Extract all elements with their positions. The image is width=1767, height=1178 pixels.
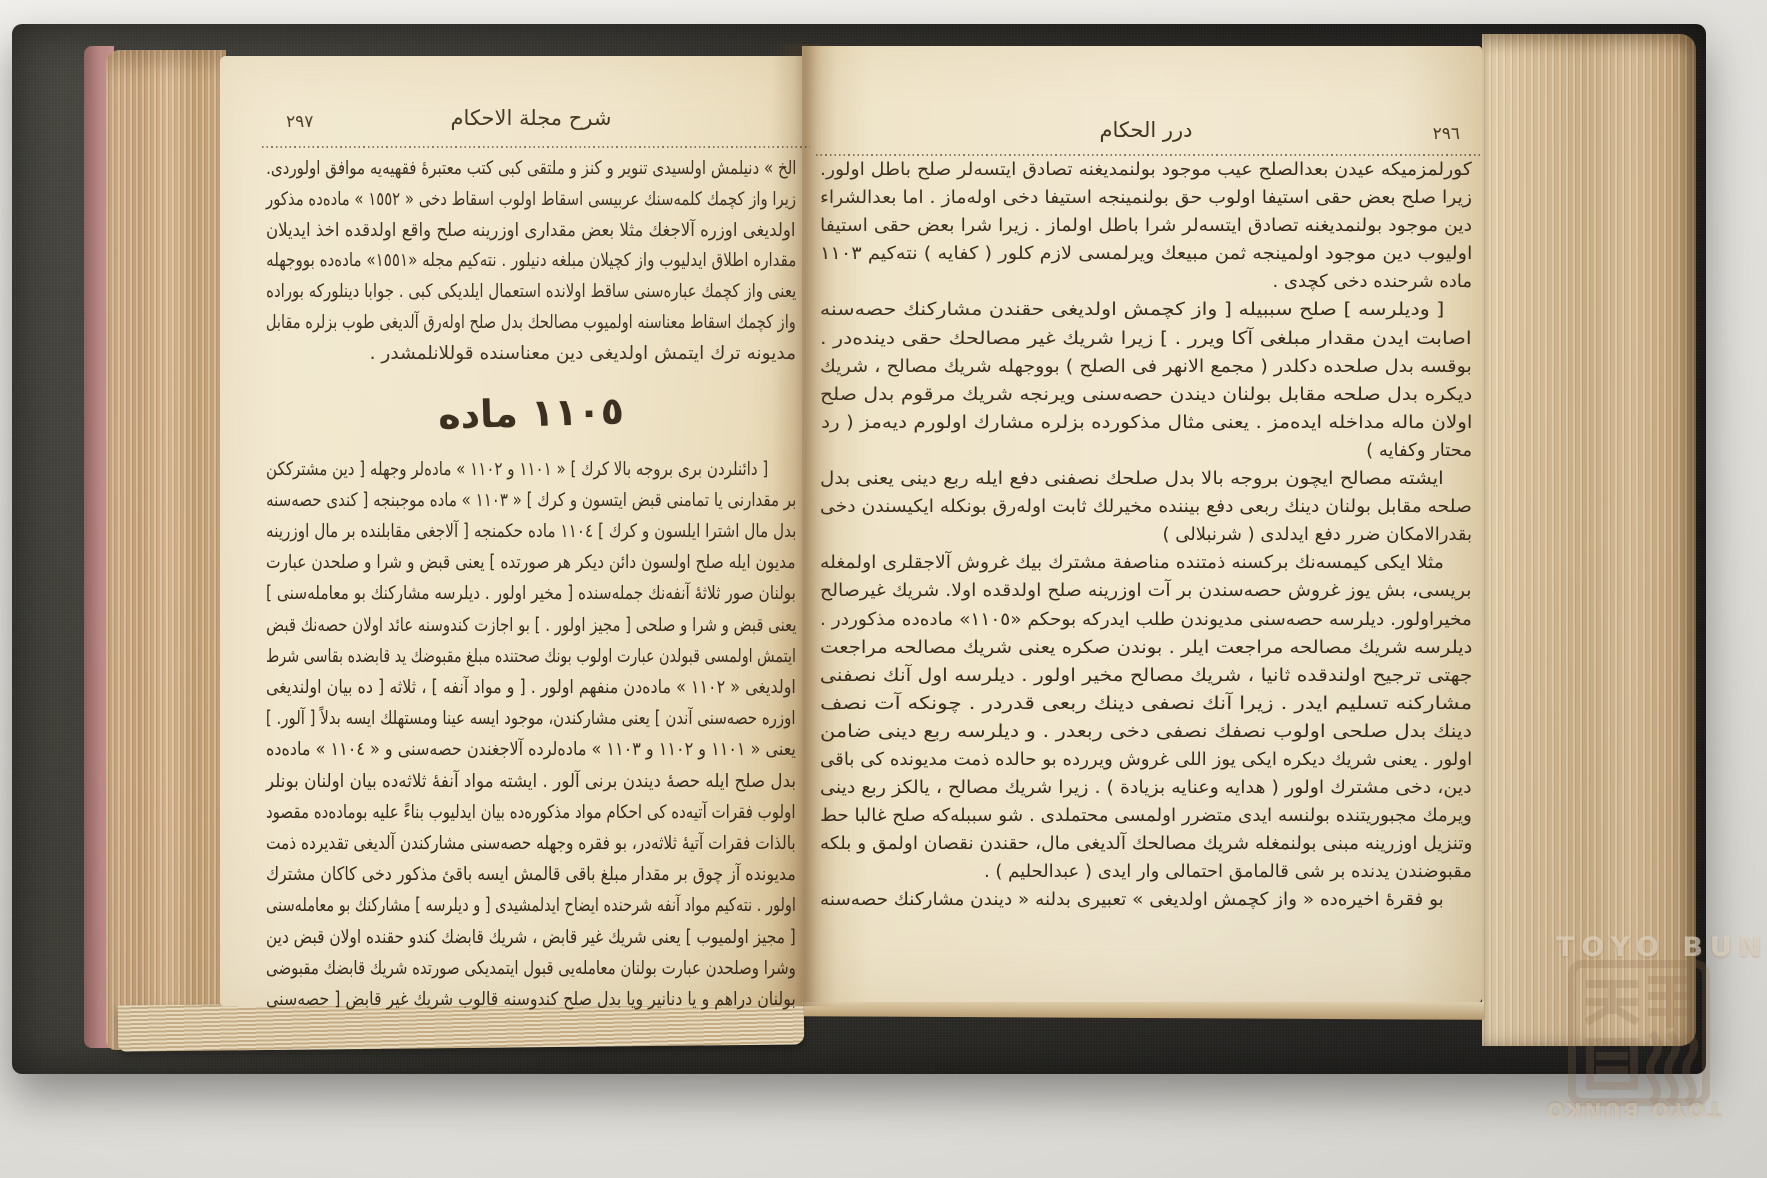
left-body-text: [ دائنلردن برى بروجه بالا كرك ] « ١١٠١ و…	[266, 454, 796, 1016]
text-line: جهتى ترجيح اولندقده ثانيا ، شريك مصالح م…	[820, 662, 1472, 690]
text-line: بريسى، بش يوز غروش حصه‌سندن بر آت اوزرين…	[820, 577, 1472, 605]
right-running-title: درر الحكام	[820, 118, 1472, 142]
text-line: اولان ماله مداخله ايده‌مز . يعنى مثال مذ…	[820, 409, 1472, 437]
text-line: بوقسه بدل صلحده دكلدر ( مجمع الانهر فى ا…	[820, 353, 1472, 381]
toyo-bunko-seal-icon	[1566, 958, 1712, 1108]
text-line: بدل صلح ايله حصهٔ ديندن برنى آلور . ايشت…	[266, 766, 796, 797]
text-line: ايتمش اولمسى قبولدن عبارت اولوب بونك صحت…	[266, 641, 796, 672]
left-page-number: ٢٩٧	[286, 112, 313, 132]
right-page-edge-stack	[1482, 34, 1696, 1046]
left-intro-text: الخ » دنيلمش اولسيدى تنوير و كنز و ملتقى…	[266, 154, 796, 370]
text-line: بولنان دراهم و يا دنانير ويا بدل صلح كند…	[266, 984, 796, 1015]
right-body-text: كورلمزميكه عيدن بعدالصلح عيب موجود بولنم…	[820, 156, 1472, 915]
text-line: الخ » دنيلمش اولسيدى تنوير و كنز و ملتقى…	[266, 154, 796, 185]
text-line: [ دائنلردن برى بروجه بالا كرك ] « ١١٠١ و…	[266, 454, 796, 485]
text-line: بر مقدارنى يا تمامنى قبض ايتسون و كرك ] …	[266, 485, 796, 516]
text-line: اوليوب دين موجود اولمينجه ثمن مبيعك ويرل…	[820, 240, 1472, 268]
text-line: ويرمك مجبوريتنده بولنسه ايدى متضرر اولمس…	[820, 802, 1472, 830]
left-page-header: شرح مجلة الاحكام ٢٩٧	[266, 106, 796, 136]
right-page-text-column: كورلمزميكه عيدن بعدالصلح عيب موجود بولنم…	[820, 156, 1472, 915]
text-line: واز كچمك اسقاط معناسنه اولميوب مصالحك بد…	[266, 308, 796, 339]
text-line: ماده شرحنده دخى كچدى .	[820, 268, 1472, 296]
text-line: اوزره حصه‌سنى آندن ] يعنى مشاركندن، موجو…	[266, 703, 796, 734]
text-line: وشرا وصلحدن عبارت بولنان معامله‌يى قبول …	[266, 953, 796, 984]
toyo-bunko-watermark-text-inverted: TOYO BUNKO	[1544, 1098, 1722, 1122]
text-line: مثلا ايكى كيمسه‌نك بركسنه ذمتنده مناصفة …	[820, 549, 1472, 577]
text-line: اصابت ايدن مقدار مبلغى آكا ويرر . ] زيرا…	[820, 325, 1472, 353]
text-line: مديونه ترك ايتمش اولديغى دين معناسنده قو…	[266, 339, 796, 370]
text-line: اولور . يعنى شريك ديكره ايكى يوز اللى غر…	[820, 746, 1472, 774]
open-book-photo: درر الحكام ٢٩٦ كورلمزميكه عيدن بعدالصلح …	[0, 0, 1767, 1178]
text-line: بو فقرهٔ اخيره‌ده « واز كچمش اولديغى » ت…	[820, 886, 1472, 914]
text-line: دين، دخى مشترك اولور ( هدايه وعنايه بزيا…	[820, 774, 1472, 802]
text-line: يعنى « ١١٠١ و ١١٠٢ و ١١٠٣ » ماده‌لرده آل…	[266, 734, 796, 765]
text-line: بالذات فقرات آتيهٔ ثلاثه‌در، بو فقره وجه…	[266, 828, 796, 859]
right-page-number: ٢٩٦	[1433, 124, 1460, 144]
text-line: مشاركنه تسليم ايدر . زيرا آنك نصفى دينك …	[820, 690, 1472, 718]
text-line: اولديغى « ١١٠٢ » ماده‌دن منفهم اولور . […	[266, 672, 796, 703]
left-header-rule	[262, 146, 810, 148]
text-line: [ مجيز اولميوب ] يعنى شريك غير قابض ، شر…	[266, 922, 796, 953]
text-line: دين موجود بولنمديغنه تصادق ايتسه‌لر شرا …	[820, 212, 1472, 240]
text-line: اولور . نته‌كيم مواد آنفه شرحنده ايضاح ا…	[266, 890, 796, 921]
left-running-title: شرح مجلة الاحكام	[266, 106, 796, 130]
text-line: بقدرالامكان ضرر دفع ايدلدى ( شرنبلالى )	[820, 521, 1472, 549]
left-page-text-column: الخ » دنيلمش اولسيدى تنوير و كنز و ملتقى…	[266, 154, 796, 1015]
text-line: مقداره اطلاق ايدليوب واز كچيلان مبلغه دن…	[266, 246, 796, 277]
text-line: دينك بدل صلحى اولوب نصفك نصفى دخى ربعدر …	[820, 718, 1472, 746]
text-line: اولوب فقرات آتيه‌ده كى احكام مواد مذكوره…	[266, 797, 796, 828]
text-line: ايشته مصالح ايچون بروجه بالا بدل صلحك نص…	[820, 465, 1472, 493]
text-line: كورلمزميكه عيدن بعدالصلح عيب موجود بولنم…	[820, 156, 1472, 184]
text-line: مخيراولور. ديلرسه حصه‌سنى مديوندن طلب اي…	[820, 606, 1472, 634]
text-line: اولديغى اوزره آلاجغك مثلا بعض مقدارى اوز…	[266, 216, 796, 247]
text-line: محتار وكفايه )	[820, 437, 1472, 465]
text-line: وتنزيل اوزرينه مبنى بولنمغله شريك مصالحك…	[820, 830, 1472, 858]
text-line: بدل مال اشترا ايلسون و كرك ] ١١٠٤ ماده ح…	[266, 516, 796, 547]
text-line: زيرا واز كچمك كلمه‌سنك عربيسى اسقاط اولو…	[266, 185, 796, 216]
text-line: [ وديلرسه ] صلح سببيله [ واز كچمش اولديغ…	[820, 296, 1472, 324]
text-line: ديكره بدل صلحه مقابل بولنان ديندن حصه‌سن…	[820, 381, 1472, 409]
text-line: مديون ايله صلح اولسون دائن ديكر هر صورتد…	[266, 547, 796, 578]
right-page-header: درر الحكام ٢٩٦	[820, 118, 1472, 148]
text-line: زيرا صلح بعض حقى استيفا اولوب حق بولنمين…	[820, 184, 1472, 212]
article-1105-heading: ١١٠٥ ماده	[265, 377, 796, 449]
text-line: بولنان صور ثلاثهٔ آنفه‌نك جمله‌سنده [ مخ…	[266, 578, 796, 609]
text-line: يعنى قبض و شرا و صلحى [ مجيز اولور . ] ب…	[266, 610, 796, 641]
text-line: صلحه مقابل بولنان دينك ربعى دفع بيننده م…	[820, 493, 1472, 521]
text-line: يعنى واز كچمك عباره‌سنى ساقط اولانده است…	[266, 277, 796, 308]
text-line: مديونده آز چوق بر مقدار مبلغ باقى قالمش …	[266, 859, 796, 890]
text-line: مقبوضندن يدنده بر شى قالمامق احتمالى وار…	[820, 858, 1472, 886]
text-line: ديلرسه شريك مصالحه مراجعت ايلر . بوندن ص…	[820, 634, 1472, 662]
